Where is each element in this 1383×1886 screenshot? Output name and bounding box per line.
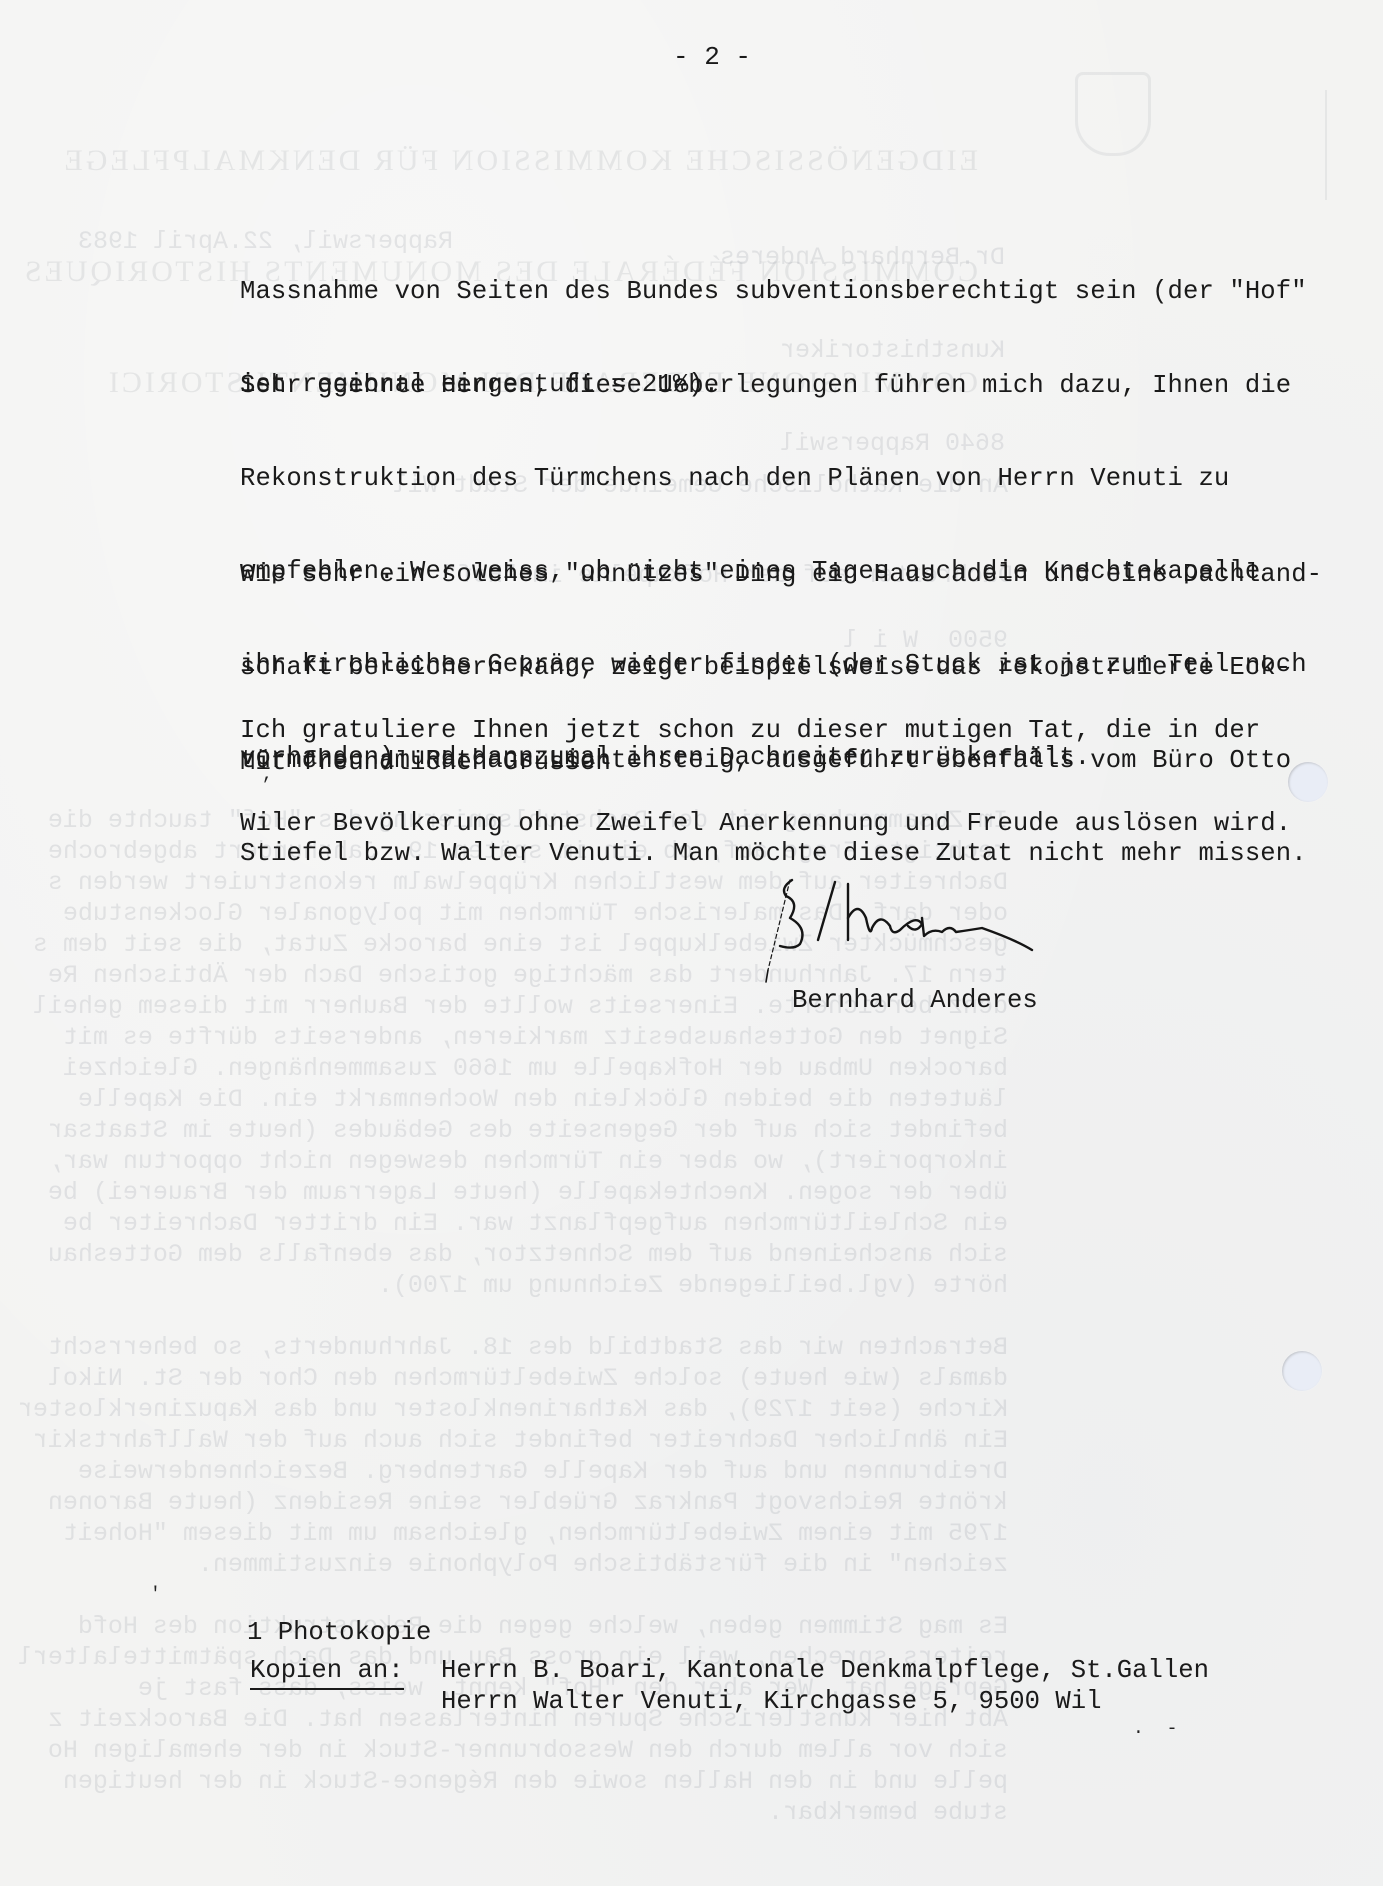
- show-through-body-line: Signet den Gotteshausbesitz markieren, a…: [18, 1022, 1008, 1053]
- show-through-body-line: 1795 mit einem Zwiebeltürmchen, gleichsa…: [18, 1518, 1008, 1549]
- copies-recipient: Herrn Walter Venuti, Kirchgasse 5, 9500 …: [441, 1686, 1209, 1717]
- show-through-body-line: [18, 1301, 1008, 1332]
- paragraph-line: Rekonstruktion des Türmchens nach den Pl…: [240, 463, 1307, 494]
- show-through-body-line: stube bemerkbar.: [18, 1797, 1008, 1828]
- paragraph-line: Sehr geehrte Herren, diese Ueberlegungen…: [240, 370, 1307, 401]
- show-through-body-line: damals (wie heute) solche Zwiebeltürmche…: [18, 1363, 1008, 1394]
- paragraph-line: Wie sehr ein solches "unnützes" Ding ein…: [240, 559, 1322, 590]
- show-through-body-line: sich anscheinend auf dem Schnetztor, das…: [18, 1239, 1008, 1270]
- show-through-body-line: barocken Umbau der Hofkapelle um 1660 zu…: [18, 1053, 1008, 1084]
- handwritten-signature: [720, 878, 1140, 988]
- show-through-body-line: ein Schleiltürmchen aufgepflanzt war. Ei…: [18, 1208, 1008, 1239]
- stray-dash-marks: . -: [1133, 1720, 1183, 1738]
- paragraph-line: Ich gratuliere Ihnen jetzt schon zu dies…: [240, 715, 1291, 746]
- show-through-body-line: krönte Reichsvogt Pankraz Grüebler seine…: [18, 1487, 1008, 1518]
- show-through-body-line: inkorporiert), wo aber ein Türmchen desw…: [18, 1146, 1008, 1177]
- show-through-body-line: Betrachten wir das Stadtbild des 18. Jah…: [18, 1332, 1008, 1363]
- copies-label: Kopien an:: [250, 1655, 404, 1690]
- show-through-rule: [1325, 90, 1327, 200]
- punch-hole: [1288, 762, 1328, 802]
- show-through-body-line: Es mag Stimmen geben, welche gegen die R…: [18, 1611, 1008, 1642]
- show-through-body-line: Dreibrunnen und auf der Kapelle Gartenbe…: [18, 1456, 1008, 1487]
- show-through-body-line: sich vor allem durch den Wessobrunner-St…: [18, 1735, 1008, 1766]
- show-through-body-line: läuteten die beiden Glöcklein den Wochen…: [18, 1084, 1008, 1115]
- show-through-shield-icon: [1075, 72, 1151, 156]
- stray-mark: ,: [262, 766, 273, 784]
- document-page: EIDGENÖSSISCHE KOMMISSION FÜR DENKMALPFL…: [0, 0, 1383, 1886]
- page-number: - 2 -: [673, 42, 751, 72]
- paragraph-line: Wiler Bevölkerung ohne Zweifel Anerkennu…: [240, 808, 1291, 839]
- stray-mark: ': [150, 1586, 161, 1604]
- show-through-body-line: Kirche (seit 1729), das Katharinenkloste…: [18, 1394, 1008, 1425]
- closing-salutation: Mit freundlichen Grüssen: [240, 747, 611, 778]
- paragraph-line: Massnahme von Seiten des Bundes subventi…: [240, 276, 1307, 307]
- show-through-body-line: Ein ähnlicher Dachreiter befindet sich a…: [18, 1425, 1008, 1456]
- copies-recipient: Herrn B. Boari, Kantonale Denkmalpflege,…: [441, 1655, 1209, 1686]
- show-through-body-line: pelle und in den Hallen sowie den Régenc…: [18, 1766, 1008, 1797]
- show-through-body-line: zeichen" in die fürstäbtische Polyphonie…: [18, 1549, 1008, 1580]
- show-through-body-line: hörte (vgl.beiliegende Zeichnung um 1700…: [18, 1270, 1008, 1301]
- show-through-body-line: befindet sich auf der Gegenseite des Geb…: [18, 1115, 1008, 1146]
- signer-name: Bernhard Anderes: [792, 985, 1038, 1016]
- show-through-body-line: über der sogen. Knechtekapelle (heute La…: [18, 1177, 1008, 1208]
- punch-hole: [1282, 1351, 1322, 1391]
- enclosure-note: 1 Photokopie: [247, 1617, 431, 1648]
- show-through-body-line: [18, 1580, 1008, 1611]
- copies-recipient-list: Herrn B. Boari, Kantonale Denkmalpflege,…: [441, 1655, 1209, 1717]
- show-through-letterhead-line: EIDGENÖSSISCHE KOMMISSION FÜR DENKMALPFL…: [22, 142, 978, 179]
